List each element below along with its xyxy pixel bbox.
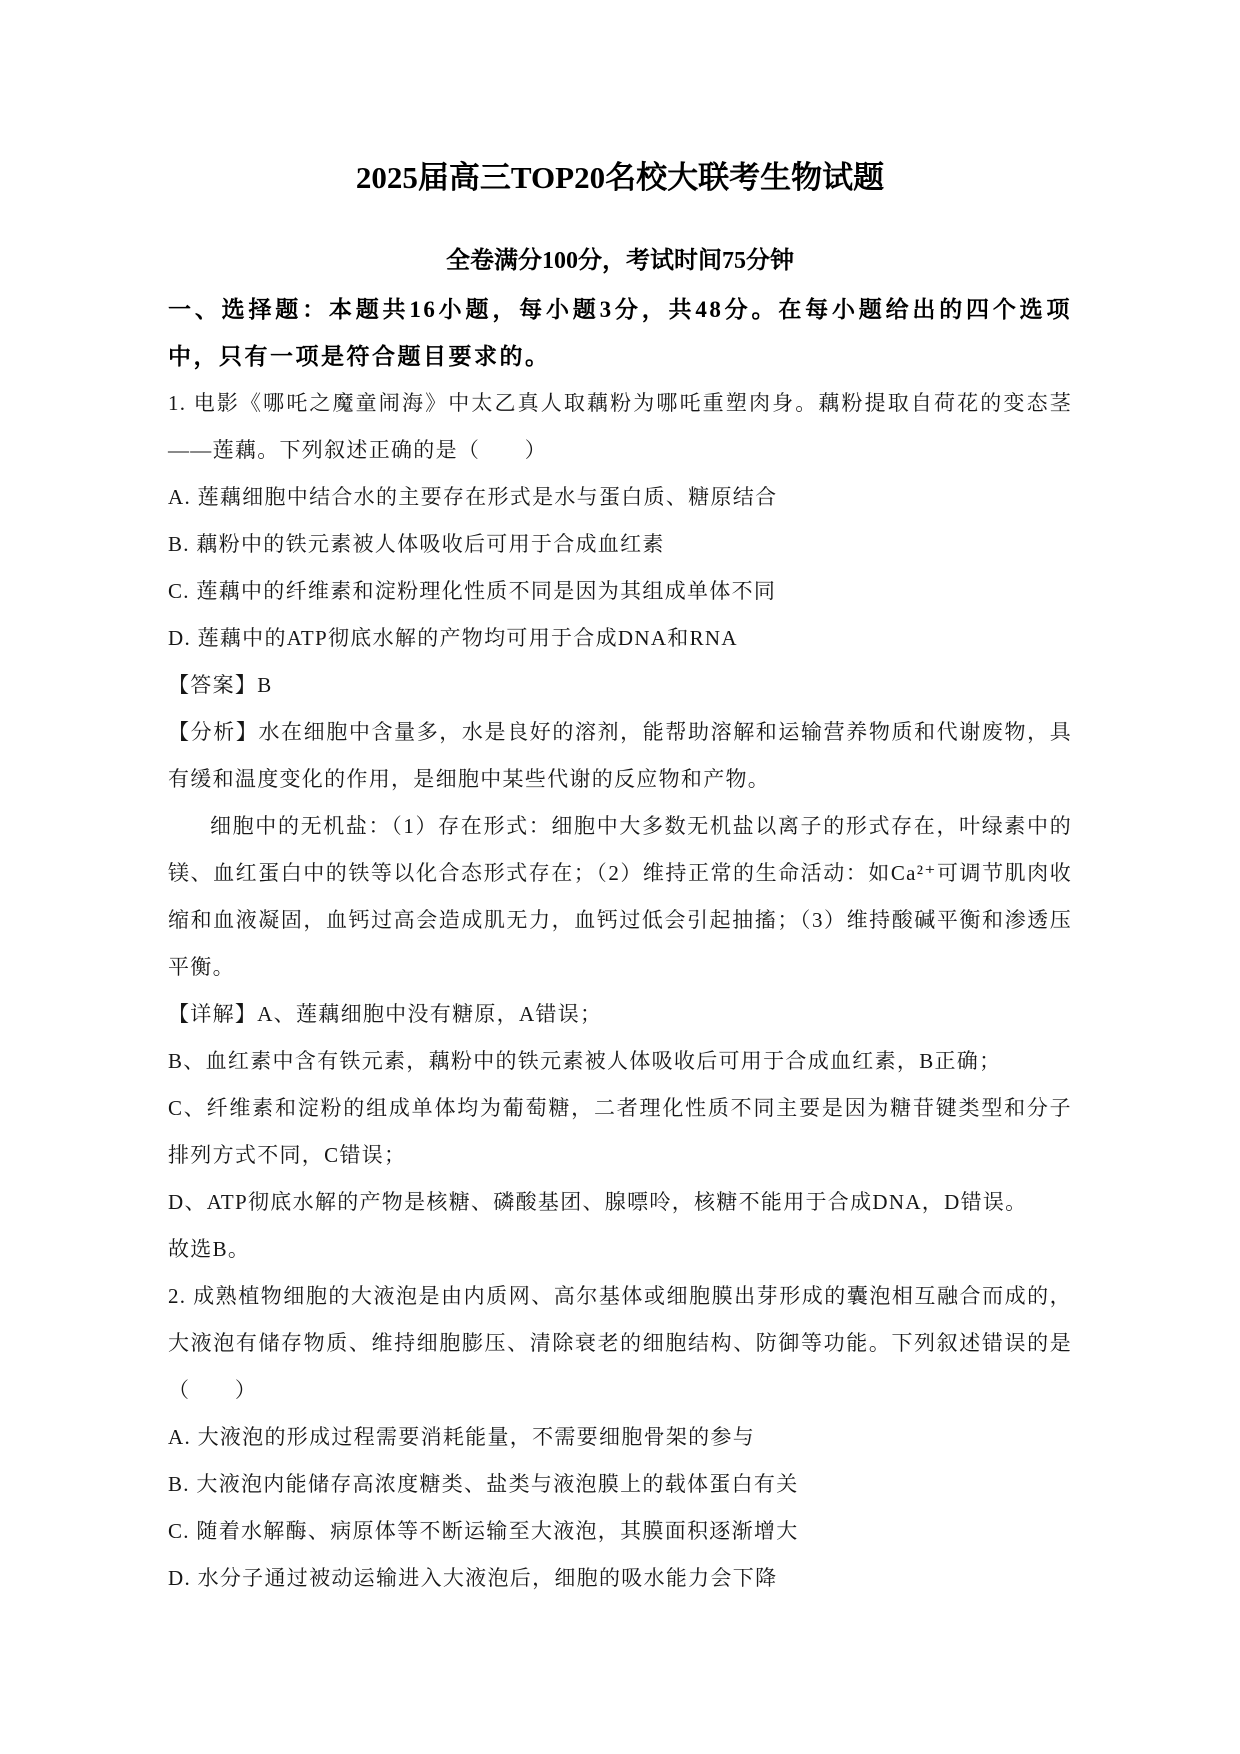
question-2-option-d: D. 水分子通过被动运输进入大液泡后，细胞的吸水能力会下降 xyxy=(168,1555,1072,1602)
question-1-detail-c: C、纤维素和淀粉的组成单体均为葡萄糖，二者理化性质不同主要是因为糖苷键类型和分子… xyxy=(168,1085,1072,1179)
question-1-detail-a: 【详解】A、莲藕细胞中没有糖原，A错误； xyxy=(168,991,1072,1038)
question-2-option-a: A. 大液泡的形成过程需要消耗能量，不需要细胞骨架的参与 xyxy=(168,1414,1072,1461)
answer-value: B xyxy=(257,673,272,697)
question-1-conclusion: 故选B。 xyxy=(168,1226,1072,1273)
exam-meta-line: 全卷满分100分，考试时间75分钟 xyxy=(168,244,1072,278)
question-1-option-d: D. 莲藕中的ATP彻底水解的产物均可用于合成DNA和RNA xyxy=(168,615,1072,662)
question-1-analysis-p2: 细胞中的无机盐：（1）存在形式：细胞中大多数无机盐以离子的形式存在，叶绿素中的镁… xyxy=(168,803,1072,991)
question-1-option-a: A. 莲藕细胞中结合水的主要存在形式是水与蛋白质、糖原结合 xyxy=(168,474,1072,521)
question-2-option-b: B. 大液泡内能储存高浓度糖类、盐类与液泡膜上的载体蛋白有关 xyxy=(168,1461,1072,1508)
page-title: 2025届高三TOP20名校大联考生物试题 xyxy=(168,155,1072,201)
question-1-stem: 1. 电影《哪吒之魔童闹海》中太乙真人取藕粉为哪吒重塑肉身。藕粉提取自荷花的变态… xyxy=(168,380,1072,474)
question-1-option-b: B. 藕粉中的铁元素被人体吸收后可用于合成血红素 xyxy=(168,521,1072,568)
analysis-text-1: 水在细胞中含量多，水是良好的溶剂，能帮助溶解和运输营养物质和代谢废物，具有缓和温… xyxy=(168,720,1072,791)
detail-label: 【详解】 xyxy=(168,1002,257,1026)
question-1-answer-line: 【答案】B xyxy=(168,662,1072,709)
answer-label: 【答案】 xyxy=(168,673,257,697)
detail-a-text: A、莲藕细胞中没有糖原，A错误； xyxy=(257,1002,602,1026)
analysis-label: 【分析】 xyxy=(168,720,258,744)
question-1-option-c: C. 莲藕中的纤维素和淀粉理化性质不同是因为其组成单体不同 xyxy=(168,568,1072,615)
question-1-detail-d: D、ATP彻底水解的产物是核糖、磷酸基团、腺嘌呤，核糖不能用于合成DNA，D错误… xyxy=(168,1179,1072,1226)
section-1-header: 一、选择题：本题共16小题，每小题3分，共48分。在每小题给出的四个选项中，只有… xyxy=(168,286,1072,380)
question-1-analysis-p1: 【分析】水在细胞中含量多，水是良好的溶剂，能帮助溶解和运输营养物质和代谢废物，具… xyxy=(168,709,1072,803)
question-2-stem: 2. 成熟植物细胞的大液泡是由内质网、高尔基体或细胞膜出芽形成的囊泡相互融合而成… xyxy=(168,1273,1072,1414)
question-2-option-c: C. 随着水解酶、病原体等不断运输至大液泡，其膜面积逐渐增大 xyxy=(168,1508,1072,1555)
question-1-detail-b: B、血红素中含有铁元素，藕粉中的铁元素被人体吸收后可用于合成血红素，B正确； xyxy=(168,1038,1072,1085)
exam-paper-page: 2025届高三TOP20名校大联考生物试题 全卷满分100分，考试时间75分钟 … xyxy=(0,0,1240,1602)
